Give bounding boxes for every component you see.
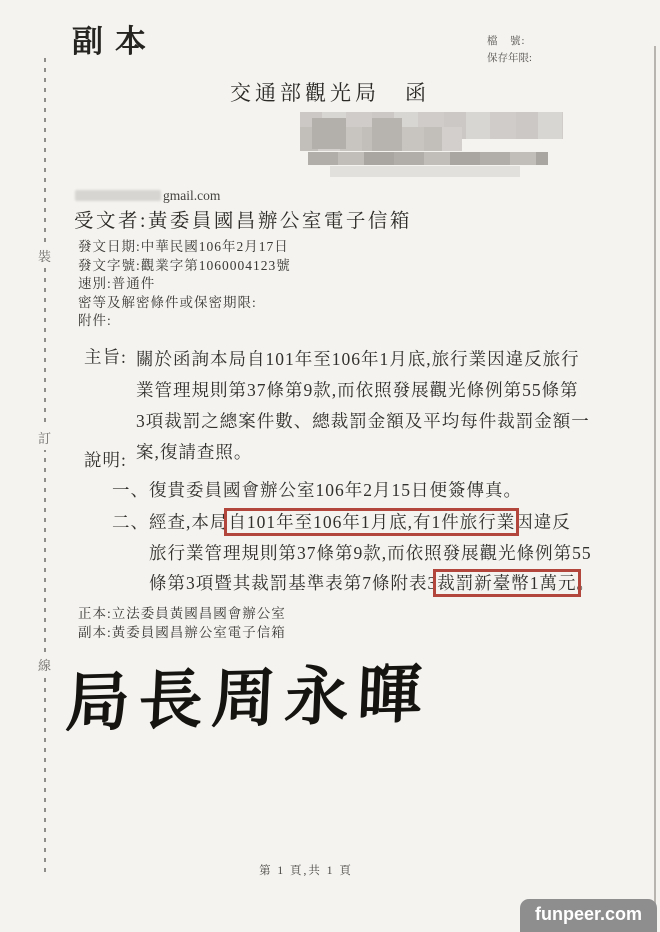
item2-line3-prefix: 條第3項暨其裁罰基準表第7條附表3 xyxy=(149,573,437,593)
explanation-item-2-line-2: 旅行業管理規則第37條第9款,而依照發展觀光條例第55 xyxy=(149,540,592,565)
item2-prefix: 二、經查,本局 xyxy=(112,512,228,532)
recipient-email-line: gmail.com xyxy=(75,188,220,204)
director-general-signature: 局長周永暉 xyxy=(64,642,433,744)
document-title: 交通部觀光局 函 xyxy=(0,77,660,107)
file-number-label: 檔 號: xyxy=(487,33,532,50)
item2-line3-end: 。 xyxy=(577,573,596,593)
subject-label: 主旨: xyxy=(84,344,127,369)
file-reference-block: 檔 號: 保存年限: xyxy=(487,33,532,67)
watermark-badge: funpeer.com xyxy=(520,899,657,932)
redacted-address-block xyxy=(308,152,548,165)
issue-date-line: 發文日期:中華民國106年2月17日 xyxy=(78,238,291,257)
explanation-label: 說明: xyxy=(84,447,127,472)
page-number-footer: 第 1 頁,共 1 頁 xyxy=(0,862,612,878)
explanation-item-2-line-1: 二、經查,本局自101年至106年1月底,有1件旅行業因違反 xyxy=(112,509,571,534)
copy-recipient-line: 副本:黃委員國昌辦公室電子信箱 xyxy=(78,621,286,641)
highlight-box-fine-amount: 裁罰新臺幣1萬元 xyxy=(437,573,576,593)
subject-line: 案,復請查照。 xyxy=(136,437,590,468)
binding-dashed-line xyxy=(44,58,46,873)
classification-line: 密等及解密條件或保密期限: xyxy=(78,294,291,313)
issue-number-line: 發文字號:觀業字第1060004123號 xyxy=(78,257,291,276)
recipient-line: 受文者:黃委員國昌辦公室電子信箱 xyxy=(74,205,412,233)
attachment-line: 附件: xyxy=(78,312,291,331)
copy-stamp: 副本 xyxy=(72,16,158,61)
email-domain-text: gmail.com xyxy=(163,188,220,203)
explanation-item-1: 一、復貴委員國會辦公室106年2月15日便簽傳真。 xyxy=(112,477,522,502)
highlight-box-period-cases: 自101年至106年1月底,有1件旅行業 xyxy=(228,512,515,532)
original-recipient-line: 正本:立法委員黃國昌國會辦公室 xyxy=(78,602,286,622)
priority-line: 速別:普通件 xyxy=(78,275,291,294)
redacted-address-block xyxy=(330,166,520,177)
scanned-official-letter: 裝 訂 線 副本 檔 號: 保存年限: 交通部觀光局 函 gmail.com 受… xyxy=(0,0,660,932)
retention-period-label: 保存年限: xyxy=(487,50,532,67)
letter-metadata: 發文日期:中華民國106年2月17日 發文字號:觀業字第1060004123號 … xyxy=(78,238,291,331)
subject-line: 業管理規則第37條第9款,而依照發展觀光條例第55條第 xyxy=(136,375,590,406)
redacted-email-username xyxy=(75,190,161,201)
redacted-address-block xyxy=(312,118,346,149)
subject-line: 關於函詢本局自101年至106年1月底,旅行業因違反旅行 xyxy=(136,344,590,375)
binding-mark-xian: 線 xyxy=(37,652,52,677)
page-edge-line xyxy=(654,46,656,932)
subject-line: 3項裁罰之總案件數、總裁罰金額及平均每件裁罰金額一 xyxy=(136,406,590,437)
item2-suffix: 因違反 xyxy=(515,512,571,532)
redacted-address-block xyxy=(372,118,402,151)
explanation-item-2-line-3: 條第3項暨其裁罰基準表第7條附表3裁罰新臺幣1萬元。 xyxy=(149,570,595,595)
binding-mark-ding: 訂 xyxy=(37,425,52,450)
subject-paragraph: 關於函詢本局自101年至106年1月底,旅行業因違反旅行 業管理規則第37條第9… xyxy=(136,344,590,468)
binding-mark-zhuang: 裝 xyxy=(37,243,52,268)
